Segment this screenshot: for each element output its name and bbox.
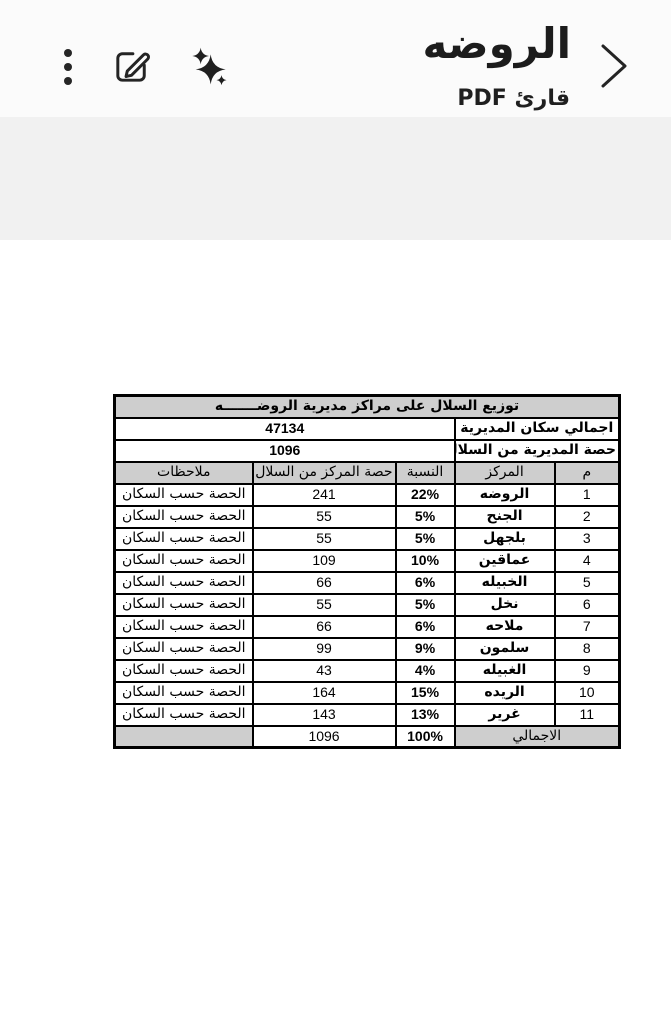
back-button[interactable]	[595, 38, 633, 94]
note: الحصة حسب السكان	[115, 550, 253, 572]
screen: الروضه قارئ PDF توزيع السلال على مراكز م…	[0, 0, 671, 1024]
sparkles-icon	[189, 45, 229, 87]
row-no: 9	[555, 660, 620, 682]
table-row: 1 الروضه 22% 241 الحصة حسب السكان	[115, 484, 620, 506]
percentage: 22%	[396, 484, 455, 506]
edit-button[interactable]	[111, 45, 153, 87]
document-title: الروضه	[423, 12, 571, 75]
app-bar: الروضه قارئ PDF	[0, 0, 671, 117]
summary-value: 47134	[115, 418, 455, 440]
note: الحصة حسب السكان	[115, 638, 253, 660]
chevron-right-icon	[595, 38, 633, 94]
note: الحصة حسب السكان	[115, 704, 253, 726]
col-header: النسبة	[396, 462, 455, 484]
col-header: ملاحظات	[115, 462, 253, 484]
note: الحصة حسب السكان	[115, 484, 253, 506]
share: 241	[253, 484, 396, 506]
center-name: سلمون	[455, 638, 555, 660]
center-name: نخل	[455, 594, 555, 616]
summary-value: 1096	[115, 440, 455, 462]
summary-label: حصة المديرية من السلال	[455, 440, 620, 462]
header-row: م المركز النسبة حصة المركز من السلال ملا…	[115, 462, 620, 484]
note: الحصة حسب السكان	[115, 572, 253, 594]
percentage: 10%	[396, 550, 455, 572]
app-name-label: قارئ PDF	[457, 86, 570, 111]
share: 55	[253, 528, 396, 550]
col-header: م	[555, 462, 620, 484]
table-row: 7 ملاحه 6% 66 الحصة حسب السكان	[115, 616, 620, 638]
col-header: المركز	[455, 462, 555, 484]
table-row: 4 عماقين 10% 109 الحصة حسب السكان	[115, 550, 620, 572]
center-name: الجنح	[455, 506, 555, 528]
percentage: 9%	[396, 638, 455, 660]
table-title-row: توزيع السلال على مراكز مديرية الروضـــــ…	[115, 396, 620, 418]
share: 55	[253, 594, 396, 616]
table-row: 3 بلجهل 5% 55 الحصة حسب السكان	[115, 528, 620, 550]
row-no: 8	[555, 638, 620, 660]
edit-pencil-square-icon	[111, 45, 153, 87]
table-row: 6 نخل 5% 55 الحصة حسب السكان	[115, 594, 620, 616]
note: الحصة حسب السكان	[115, 594, 253, 616]
total-row: الاجمالي 100% 1096	[115, 726, 620, 748]
ai-tools-button[interactable]	[189, 45, 229, 87]
row-no: 10	[555, 682, 620, 704]
table-row: 9 الغبيله 4% 43 الحصة حسب السكان	[115, 660, 620, 682]
share: 109	[253, 550, 396, 572]
pdf-page[interactable]: توزيع السلال على مراكز مديرية الروضـــــ…	[0, 240, 671, 1024]
share: 66	[253, 572, 396, 594]
summary-row: اجمالي سكان المديرية 47134	[115, 418, 620, 440]
share: 143	[253, 704, 396, 726]
table-row: 5 الخبيله 6% 66 الحصة حسب السكان	[115, 572, 620, 594]
kebab-menu-icon	[64, 77, 72, 85]
share: 99	[253, 638, 396, 660]
center-name: غرير	[455, 704, 555, 726]
center-name: الخبيله	[455, 572, 555, 594]
share: 43	[253, 660, 396, 682]
col-header: حصة المركز من السلال	[253, 462, 396, 484]
total-label: الاجمالي	[455, 726, 620, 748]
note: الحصة حسب السكان	[115, 616, 253, 638]
percentage: 13%	[396, 704, 455, 726]
note: الحصة حسب السكان	[115, 660, 253, 682]
percentage: 6%	[396, 616, 455, 638]
percentage: 6%	[396, 572, 455, 594]
row-no: 4	[555, 550, 620, 572]
percentage: 5%	[396, 528, 455, 550]
share: 55	[253, 506, 396, 528]
percentage: 15%	[396, 682, 455, 704]
center-name: بلجهل	[455, 528, 555, 550]
row-no: 3	[555, 528, 620, 550]
total-note	[115, 726, 253, 748]
center-name: الغبيله	[455, 660, 555, 682]
table-title: توزيع السلال على مراكز مديرية الروضـــــ…	[115, 396, 620, 418]
note: الحصة حسب السكان	[115, 528, 253, 550]
percentage: 4%	[396, 660, 455, 682]
row-no: 6	[555, 594, 620, 616]
center-name: ملاحه	[455, 616, 555, 638]
center-name: عماقين	[455, 550, 555, 572]
row-no: 2	[555, 506, 620, 528]
distribution-table: توزيع السلال على مراكز مديرية الروضـــــ…	[113, 394, 621, 749]
total-share: 1096	[253, 726, 396, 748]
percentage: 5%	[396, 506, 455, 528]
row-no: 7	[555, 616, 620, 638]
percentage: 5%	[396, 594, 455, 616]
row-no: 5	[555, 572, 620, 594]
center-name: الروضه	[455, 484, 555, 506]
row-no: 11	[555, 704, 620, 726]
total-percentage: 100%	[396, 726, 455, 748]
table-row: 10 الريده 15% 164 الحصة حسب السكان	[115, 682, 620, 704]
note: الحصة حسب السكان	[115, 506, 253, 528]
row-no: 1	[555, 484, 620, 506]
summary-row: حصة المديرية من السلال 1096	[115, 440, 620, 462]
note: الحصة حسب السكان	[115, 682, 253, 704]
viewer-background	[0, 117, 671, 240]
table-row: 2 الجنح 5% 55 الحصة حسب السكان	[115, 506, 620, 528]
share: 164	[253, 682, 396, 704]
more-menu-button[interactable]	[61, 49, 75, 85]
share: 66	[253, 616, 396, 638]
table-row: 11 غرير 13% 143 الحصة حسب السكان	[115, 704, 620, 726]
kebab-menu-icon	[64, 63, 72, 71]
center-name: الريده	[455, 682, 555, 704]
table-row: 8 سلمون 9% 99 الحصة حسب السكان	[115, 638, 620, 660]
summary-label: اجمالي سكان المديرية	[455, 418, 620, 440]
kebab-menu-icon	[64, 49, 72, 57]
